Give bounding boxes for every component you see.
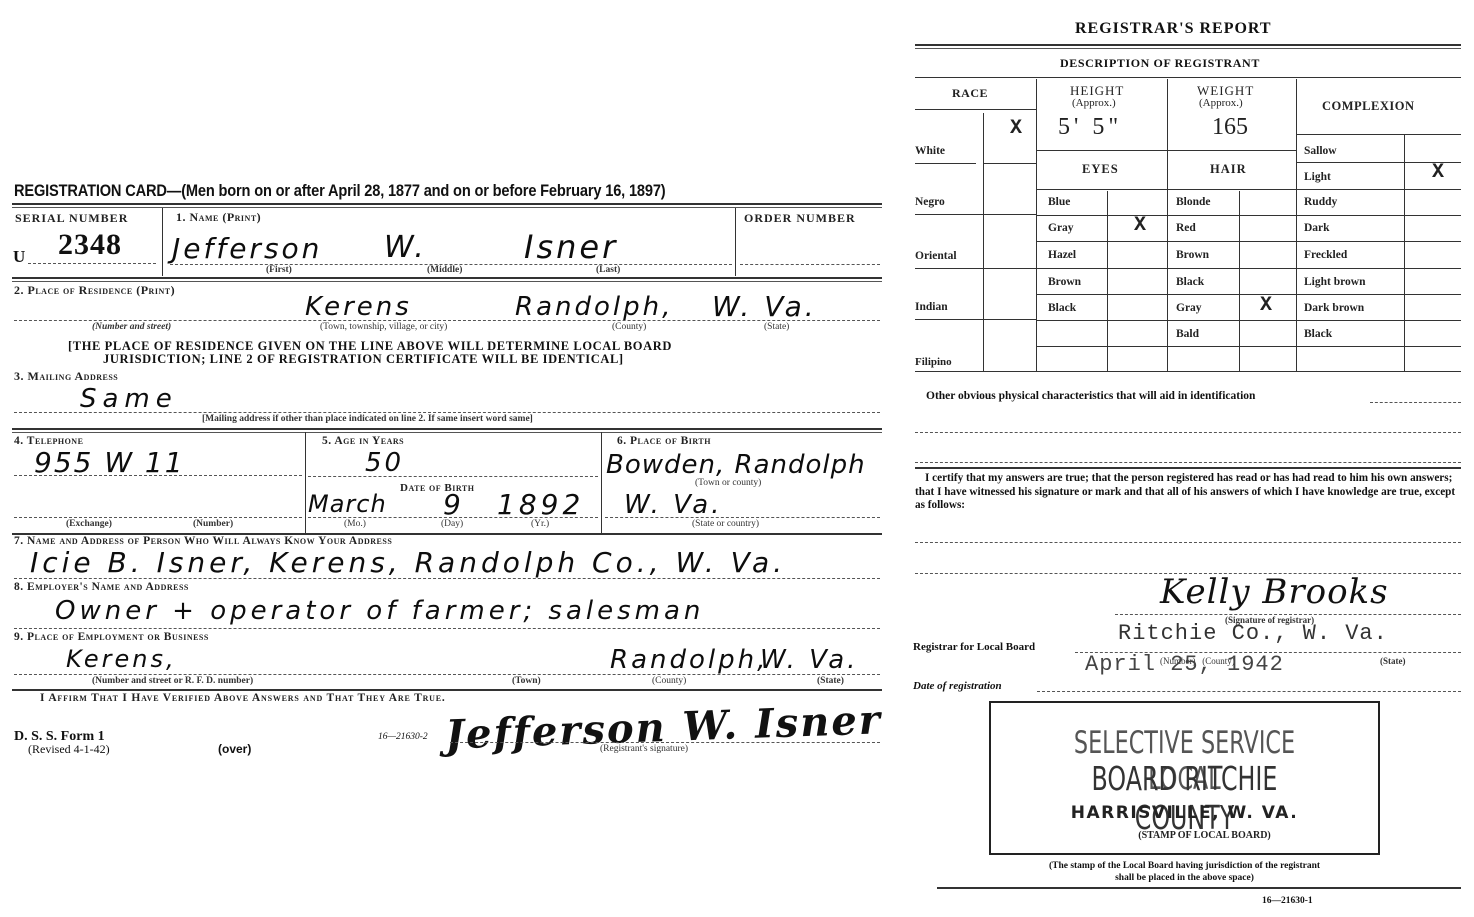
height-sub: (Approx.) (1072, 97, 1116, 109)
col-rule-hair-check (1239, 191, 1240, 371)
complexion-dark-brown-label: Dark brown (1304, 302, 1364, 314)
dob-year-label: (Yr.) (531, 519, 549, 529)
residence-town: Kerens (305, 292, 412, 322)
signature-label: (Registrant's signature) (600, 744, 688, 754)
employment-place-state: W. Va. (760, 645, 858, 675)
residence-notice-2: JURISDICTION; LINE 2 OF REGISTRATION CER… (103, 352, 624, 367)
complexion-ruddy-label: Ruddy (1304, 196, 1337, 208)
hair-header: HAIR (1210, 162, 1247, 177)
form-revised: (Revised 4-1-42) (28, 742, 110, 757)
eyes-blue-label: Blue (1048, 196, 1070, 208)
stamp-line-4: (STAMP OF LOCAL BOARD) (1031, 830, 1378, 841)
col-rule-complexion (1296, 79, 1297, 371)
hair-blonde-label: Blonde (1176, 196, 1211, 208)
height-weight-rule (1036, 150, 1296, 151)
weight-sub: (Approx.) (1199, 97, 1243, 109)
cx-rule-5 (1296, 268, 1461, 269)
eyes-brown-label: Brown (1048, 276, 1081, 288)
certification-field-1 (915, 542, 1461, 543)
stamp-note-1: (The stamp of the Local Board having jur… (989, 861, 1380, 871)
hair-gray-check[interactable]: X (1260, 294, 1272, 317)
report-bottom-rule (937, 887, 1461, 889)
name-middle-label: (Middle) (427, 265, 462, 275)
table-bottom-rule (915, 371, 1461, 372)
eh-rule-5 (1036, 320, 1296, 321)
dob-underline (308, 517, 598, 518)
affirmation-text: I Affirm That I Have Verified Above Answ… (40, 692, 446, 704)
employment-street-label: (Number and street or R. F. D. number) (92, 676, 253, 686)
card-print-code: 16—21630-2 (378, 732, 428, 742)
rule-1 (12, 277, 882, 282)
hair-black-label: Black (1176, 276, 1204, 288)
race-rule-3 (915, 268, 1036, 269)
stamp-note-2: shall be placed in the above space) (989, 873, 1380, 883)
eyes-header: EYES (1082, 162, 1119, 177)
employment-place-label: 9. Place of Employment or Business (14, 631, 209, 643)
hair-red-label: Red (1176, 222, 1196, 234)
name-label: 1. Name (Print) (176, 210, 261, 225)
eh-rule-3 (1036, 268, 1296, 269)
residence-town-label: (Town, township, village, or city) (320, 322, 447, 332)
rule-2 (12, 428, 882, 433)
col-rule-complexion-check (1404, 135, 1405, 371)
other-characteristics-field-2 (915, 432, 1461, 433)
over-label: (over) (218, 742, 251, 756)
cx-rule-6 (1296, 294, 1461, 295)
name-last: Isner (524, 228, 618, 266)
residence-county: Randolph, (515, 292, 673, 322)
dob-month: March (308, 490, 387, 518)
race-rule-4 (915, 319, 1036, 320)
employment-state-label: (State) (817, 676, 844, 686)
other-characteristics-field-3 (915, 462, 1461, 463)
birthplace-label: 6. Place of Birth (617, 435, 711, 447)
eyes-gray-check[interactable]: X (1134, 214, 1146, 237)
certification-rule (915, 467, 1461, 469)
telephone-number-label: (Number) (193, 519, 233, 529)
birthplace-divider (601, 432, 602, 533)
race-rule-1b (983, 163, 1036, 164)
complexion-light-label: Light (1304, 171, 1331, 183)
race-indian-label: Indian (915, 301, 948, 313)
mailing-underline (14, 412, 880, 413)
report-title-rule (915, 44, 1461, 49)
name-middle: W. (384, 230, 427, 265)
residence-state: W. Va. (712, 290, 817, 323)
birthplace-state-label: (State or country) (692, 519, 759, 529)
complexion-header: COMPLEXION (1322, 99, 1415, 114)
name-last-label: (Last) (596, 265, 620, 275)
local-board-state-label: (State) (1380, 656, 1406, 666)
eyes-hazel-label: Hazel (1048, 249, 1076, 261)
dob-day-label: (Day) (441, 519, 463, 529)
mailing-note: [Mailing address if other than place ind… (202, 414, 533, 424)
contact-underline (14, 578, 880, 579)
employment-place-street: Kerens, (66, 645, 177, 673)
age-label: 5. Age in Years (322, 435, 404, 447)
cx-rule-4 (1296, 241, 1461, 242)
serial-number-value: 2348 (58, 228, 122, 262)
registration-date-value: April 25, 1942 (1085, 652, 1284, 677)
complexion-light-check[interactable]: X (1432, 161, 1444, 184)
employer-label: 8. Employer's Name and Address (14, 581, 189, 593)
complexion-sallow-label: Sallow (1304, 145, 1337, 157)
registrar-signature: Kelly Brooks (1160, 572, 1389, 612)
complexion-header-rule (1296, 134, 1461, 135)
table-top-rule (915, 77, 1461, 78)
card-title: REGISTRATION CARD—(Men born on or after … (14, 181, 665, 201)
mailing-label: 3. Mailing Address (14, 369, 118, 384)
report-subtitle: DESCRIPTION OF REGISTRANT (1060, 56, 1260, 71)
col-rule-height (1036, 79, 1037, 371)
hair-bald-label: Bald (1176, 328, 1199, 340)
cx-rule-8 (1296, 346, 1461, 347)
birthplace-state: W. Va. (624, 490, 722, 520)
stamp-line-2: BOARD RITCHIE COUNTY (1045, 759, 1324, 837)
complexion-black-label: Black (1304, 328, 1332, 340)
other-characteristics-field-1 (1370, 402, 1461, 403)
complexion-freckled-label: Freckled (1304, 249, 1347, 261)
telephone-underline (14, 475, 302, 476)
race-rule-2 (915, 214, 1036, 215)
birthplace-town: Bowden, Randolph (606, 450, 866, 480)
date-of-registration-underline (1037, 691, 1461, 692)
hair-brown-label: Brown (1176, 249, 1209, 261)
complexion-light-brown-label: Light brown (1304, 276, 1365, 288)
certification-text: I certify that my answers are true; that… (915, 472, 1463, 513)
eh-rule-6 (1036, 346, 1296, 347)
employment-place-underline (14, 674, 880, 675)
serial-divider (162, 208, 163, 276)
telephone-exchange-label: (Exchange) (66, 519, 112, 529)
dob-month-label: (Mo.) (344, 519, 366, 529)
residence-street-label: (Number and street) (92, 322, 171, 332)
residence-underline (14, 320, 880, 321)
race-rule-1 (915, 163, 976, 164)
signature-underline (450, 742, 880, 743)
birthplace-underline (605, 517, 880, 518)
contact-value: Icie B. Isner, Kerens, Randolph Co., W. … (30, 546, 786, 579)
cx-rule-2 (1296, 189, 1461, 190)
eh-rule-1 (1036, 215, 1296, 216)
order-number-label: ORDER NUMBER (744, 211, 856, 226)
race-white-label: White (915, 145, 945, 157)
report-print-code: 16—21630-1 (1262, 896, 1313, 906)
age-underline (308, 476, 598, 477)
eh-rule-2 (1036, 241, 1296, 242)
employer-value: Owner + operator of farmer; salesman (55, 596, 704, 626)
local-board-value: Ritchie Co., W. Va. (1118, 621, 1388, 646)
eh-rule-4 (1036, 294, 1296, 295)
residence-state-label: (State) (764, 322, 789, 332)
local-board-label: Registrar for Local Board (913, 641, 1035, 653)
order-number-field (740, 264, 880, 265)
employment-place-county: Randolph, (610, 645, 768, 675)
cx-rule-3 (1296, 215, 1461, 216)
race-white-check[interactable]: X (1010, 117, 1022, 140)
name-first: Jefferson (172, 232, 322, 265)
age-value: 50 (365, 448, 404, 478)
mailing-value: Same (80, 384, 178, 414)
other-characteristics-label: Other obvious physical characteristics t… (926, 390, 1255, 402)
hair-gray-label: Gray (1176, 302, 1202, 314)
title-rule (12, 203, 882, 208)
col-rule-race (983, 113, 984, 371)
race-filipino-label: Filipino (915, 356, 952, 368)
weight-value: 165 (1212, 114, 1248, 141)
telephone-underline-2 (14, 517, 302, 518)
complexion-dark-label: Dark (1304, 222, 1330, 234)
race-oriental-label: Oriental (915, 250, 957, 262)
local-board-stamp: SELECTIVE SERVICE LOCAL BOARD RITCHIE CO… (989, 701, 1380, 855)
age-divider (305, 432, 306, 533)
col-rule-eyes-check (1107, 191, 1108, 371)
serial-underline (28, 263, 156, 264)
serial-prefix: U (13, 247, 25, 267)
race-header-rule (915, 109, 1036, 110)
employment-town-label: (Town) (512, 676, 541, 686)
serial-number-label: SERIAL NUMBER (15, 211, 128, 226)
order-divider (735, 208, 736, 276)
race-negro-label: Negro (915, 196, 945, 208)
name-first-label: (First) (266, 265, 292, 275)
residence-county-label: (County) (612, 322, 646, 332)
employer-underline (14, 628, 880, 629)
eyes-hair-header-rule (1036, 189, 1296, 190)
date-of-registration-label: Date of registration (913, 680, 1002, 692)
residence-label: 2. Place of Residence (Print) (14, 283, 175, 298)
height-value: 5' 5" (1058, 114, 1122, 141)
rule-4 (12, 689, 882, 691)
report-title: REGISTRAR'S REPORT (1075, 20, 1272, 38)
stamp-line-3: HARRISVILLE, W. VA. (991, 803, 1378, 823)
eyes-gray-label: Gray (1048, 222, 1074, 234)
eyes-black-label: Black (1048, 302, 1076, 314)
cx-rule-7 (1296, 320, 1461, 321)
col-rule-weight (1167, 79, 1168, 371)
birthplace-town-label: (Town or county) (695, 478, 761, 488)
employment-county-label: (County) (652, 676, 686, 686)
race-header: RACE (952, 86, 988, 101)
cx-rule-1 (1296, 162, 1461, 163)
